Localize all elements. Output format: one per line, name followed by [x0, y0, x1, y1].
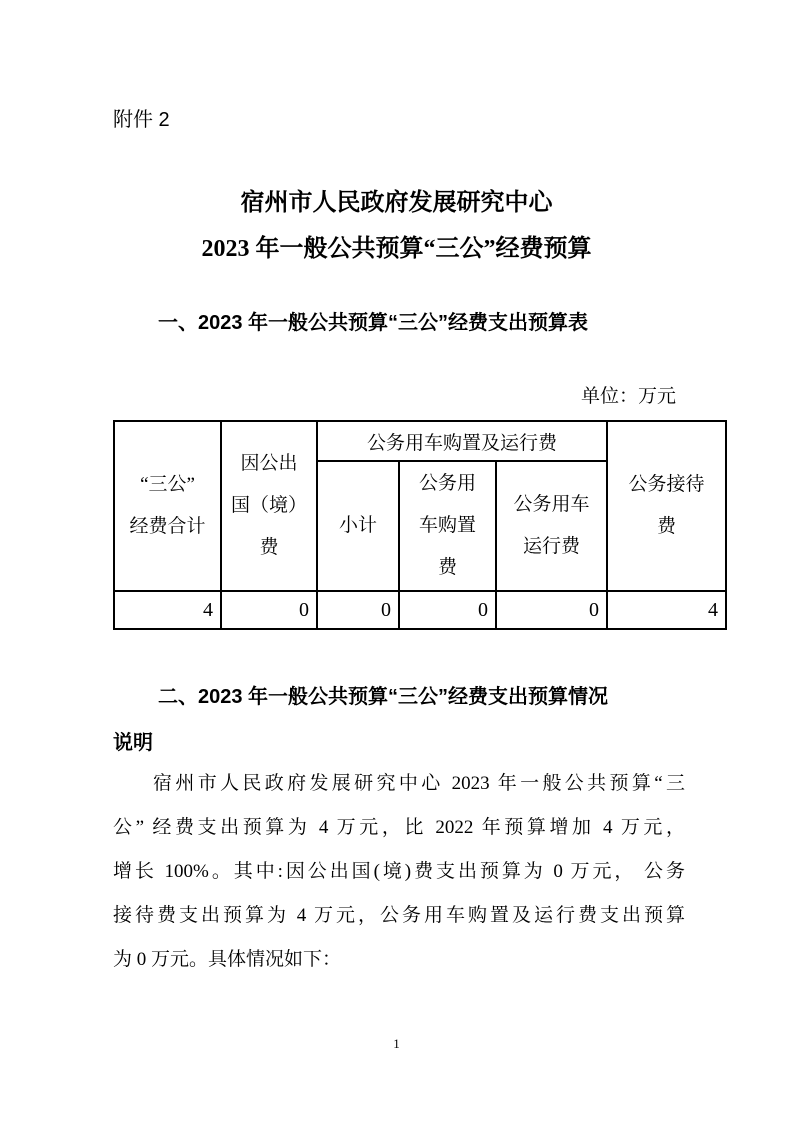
table-data-row: 4 0 0 0 0 4 [114, 591, 726, 629]
header-line: 经费合计 [115, 506, 220, 548]
table-header-sangong-total: “三公” 经费合计 [114, 421, 221, 591]
budget-table: “三公” 经费合计 因公出 国（境） 费 公务用车购置及运行费 公务接待 费 小… [113, 420, 727, 630]
header-line: “三公” [115, 464, 220, 506]
table-header-row-1: “三公” 经费合计 因公出 国（境） 费 公务用车购置及运行费 公务接待 费 [114, 421, 726, 461]
unit-note: 单位：万元 [113, 381, 676, 408]
page-number: 1 [0, 1036, 793, 1052]
table-cell-subtotal: 0 [317, 591, 399, 629]
table-header-reception-fee: 公务接待 费 [607, 421, 726, 591]
table-header-vehicle-operation: 公务用车 运行费 [496, 461, 607, 591]
header-line: 国（境） [222, 485, 316, 527]
header-line: 费 [608, 506, 725, 548]
document-title: 宿州市人民政府发展研究中心 2023 年一般公共预算“三公”经费预算 [0, 180, 793, 272]
header-line: 车购置 [400, 505, 495, 547]
document-title-line-1: 宿州市人民政府发展研究中心 [0, 180, 793, 226]
header-line: 费 [222, 527, 316, 569]
attachment-label: 附件 2 [113, 103, 170, 132]
section-2-heading-line-1: 二、2023 年一般公共预算“三公”经费支出预算情况 [113, 674, 685, 720]
table-header-abroad-fee: 因公出 国（境） 费 [221, 421, 317, 591]
header-line: 公务接待 [608, 464, 725, 506]
header-line: 小计 [318, 505, 398, 547]
section-2-heading-line-2: 说明 [113, 720, 685, 766]
section-1-heading: 一、2023 年一般公共预算“三公”经费支出预算表 [113, 306, 685, 335]
paragraph-line: 为 0 万元。具体情况如下： [113, 938, 685, 982]
table-cell-abroad-fee: 0 [221, 591, 317, 629]
header-line: 公务用 [400, 463, 495, 505]
document-title-line-2: 2023 年一般公共预算“三公”经费预算 [0, 226, 793, 272]
table-cell-reception-fee: 4 [607, 591, 726, 629]
table-cell-vehicle-purchase: 0 [399, 591, 496, 629]
budget-explanation-paragraph: 宿州市人民政府发展研究中心 2023 年一般公共预算“三 公” 经费支出预算为 … [113, 762, 685, 982]
section-2-heading: 二、2023 年一般公共预算“三公”经费支出预算情况 说明 [113, 674, 685, 766]
table-cell-sangong-total: 4 [114, 591, 221, 629]
table-cell-vehicle-operation: 0 [496, 591, 607, 629]
paragraph-line: 宿州市人民政府发展研究中心 2023 年一般公共预算“三 [113, 762, 685, 806]
header-line: 费 [400, 547, 495, 589]
document-page: 附件 2 宿州市人民政府发展研究中心 2023 年一般公共预算“三公”经费预算 … [0, 0, 793, 1122]
table-header-subtotal: 小计 [317, 461, 399, 591]
paragraph-line: 接待费支出预算为 4 万元，公务用车购置及运行费支出预算 [113, 894, 685, 938]
paragraph-line: 公” 经费支出预算为 4 万元，比 2022 年预算增加 4 万元， [113, 806, 685, 850]
header-line: 公务用车 [497, 484, 606, 526]
header-line: 运行费 [497, 526, 606, 568]
table-header-vehicle-group: 公务用车购置及运行费 [317, 421, 607, 461]
table-header-vehicle-purchase: 公务用 车购置 费 [399, 461, 496, 591]
header-line: 因公出 [222, 443, 316, 485]
paragraph-line: 增长 100%。其中:因公出国(境)费支出预算为 0 万元， 公务 [113, 850, 685, 894]
